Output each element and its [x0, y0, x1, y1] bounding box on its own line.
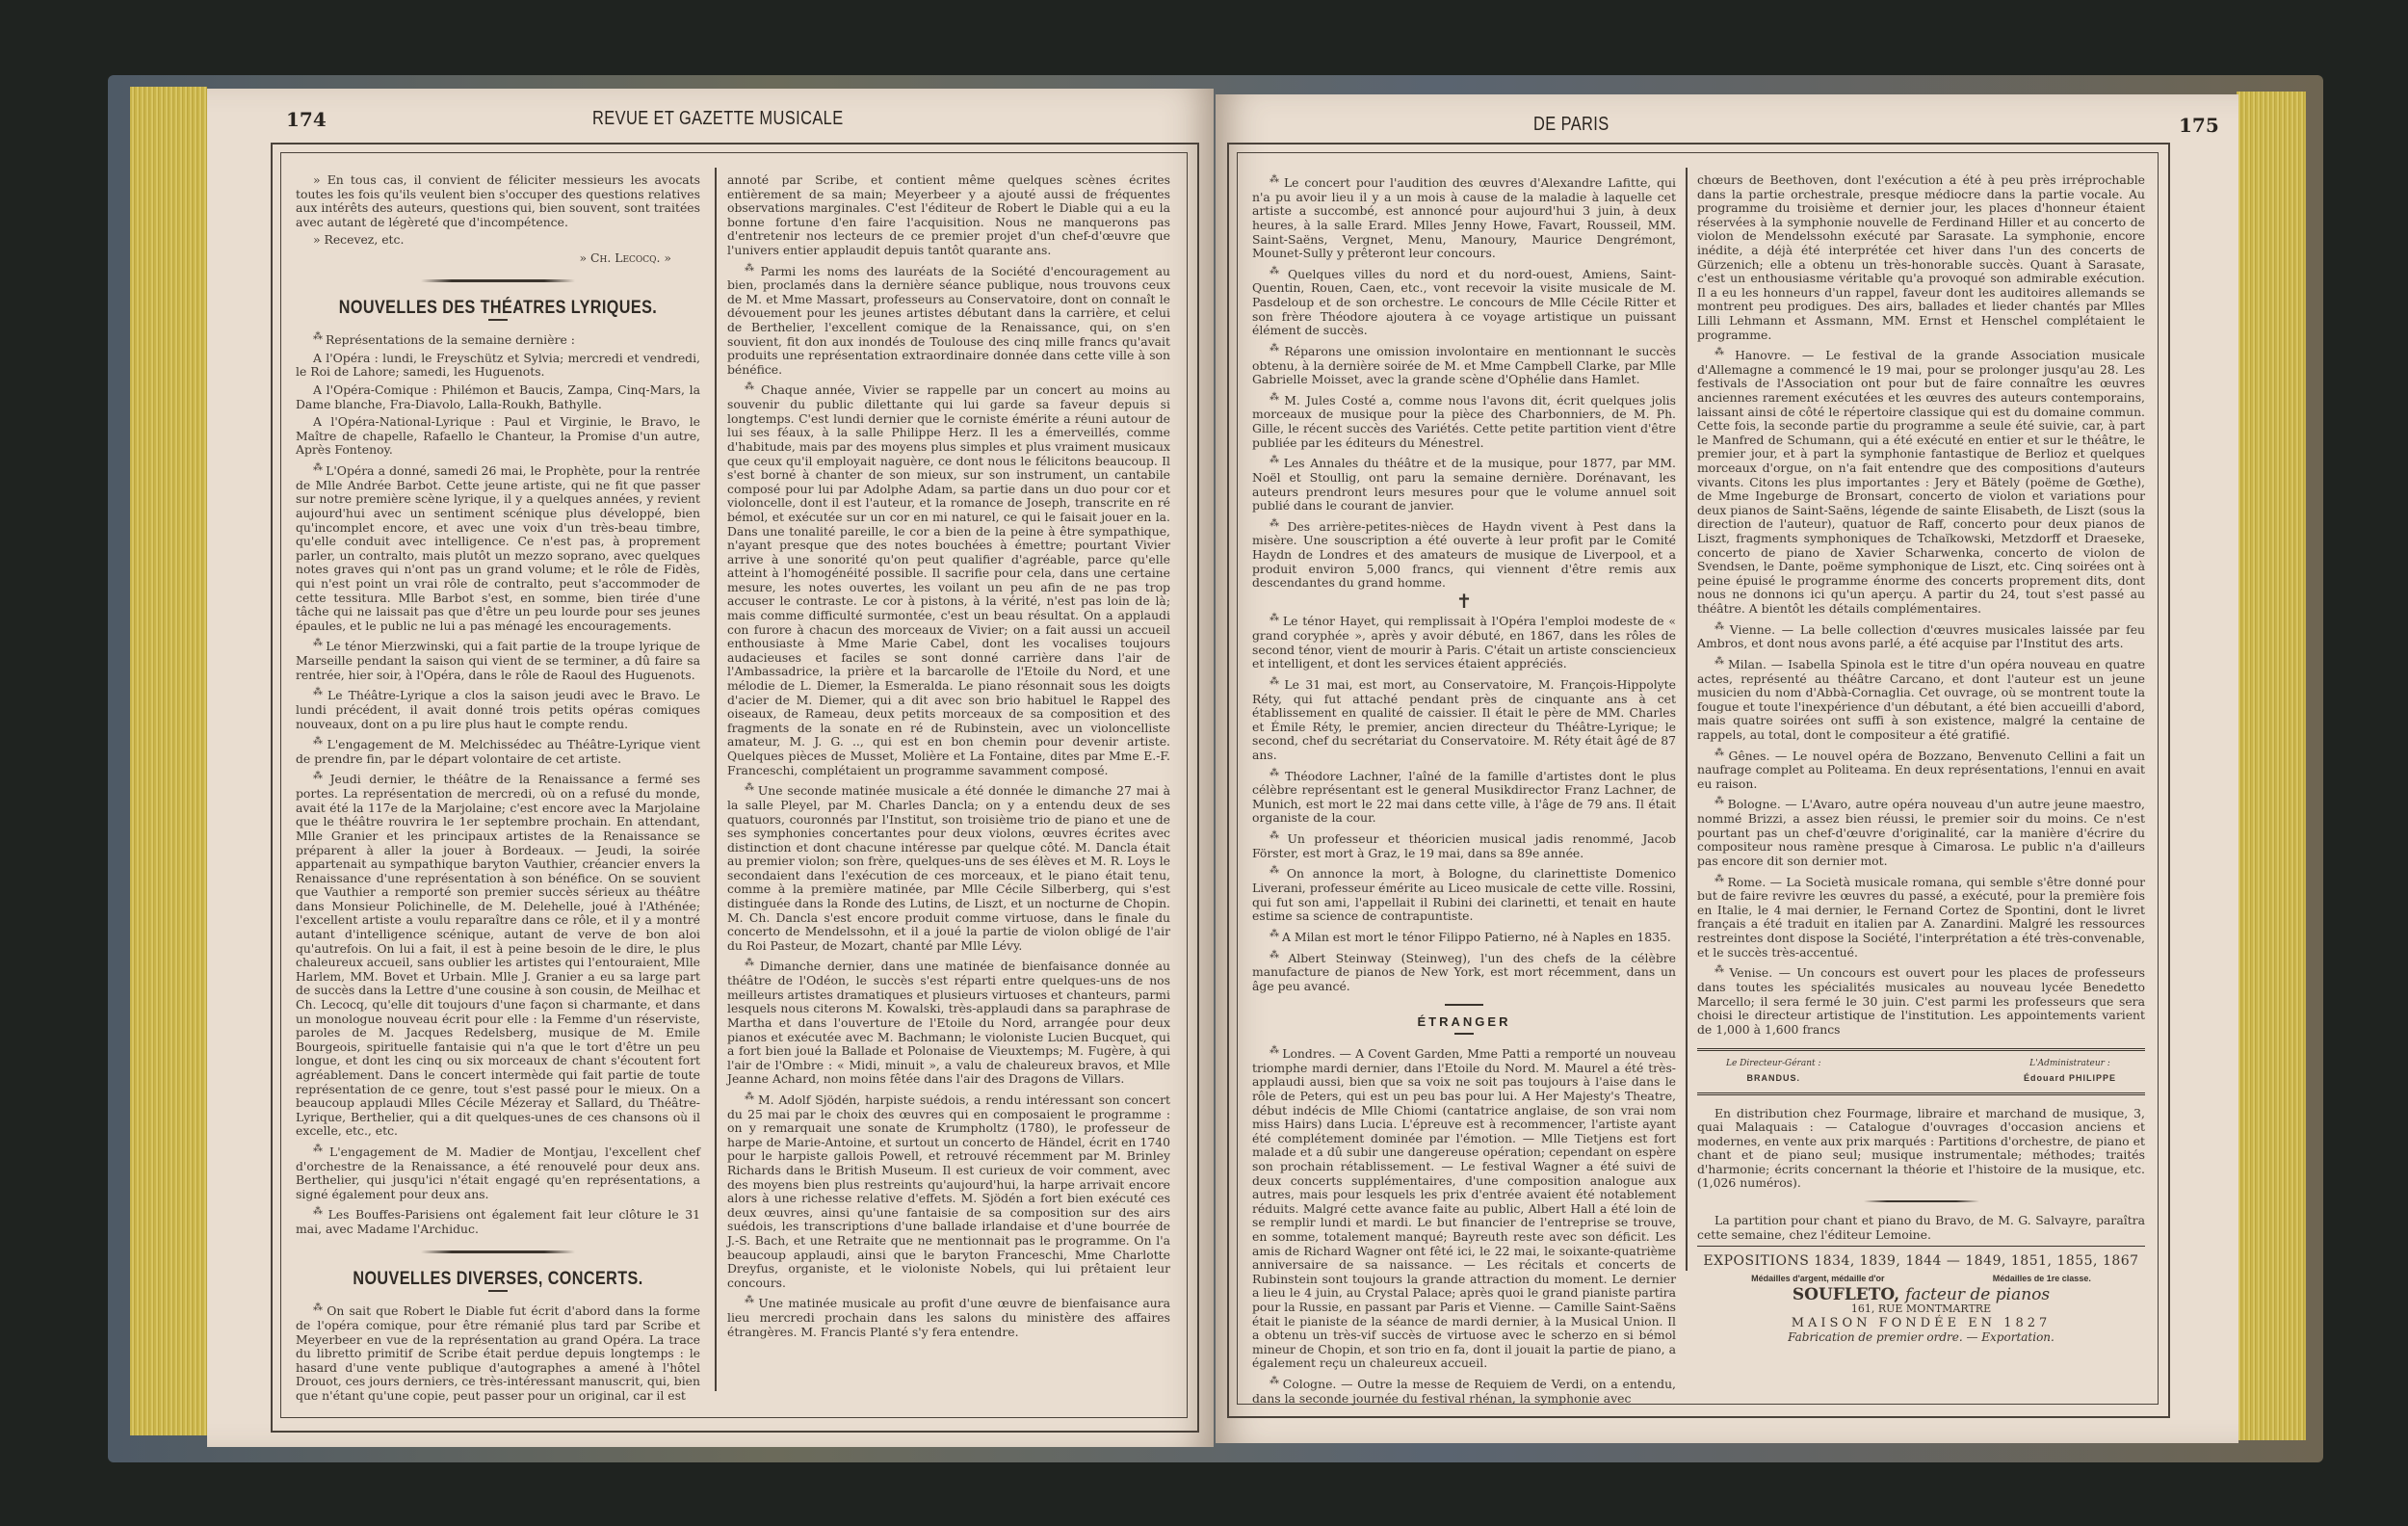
- news-item: ⁂On sait que Robert le Diable fut écrit …: [296, 1302, 700, 1403]
- asterism-icon: ⁂: [1269, 830, 1284, 841]
- news-item: ⁂Jeudi dernier, le théâtre de la Renaiss…: [296, 770, 700, 1139]
- page-number: 174: [286, 108, 327, 131]
- news-item: ⁂Le Théâtre-Lyrique a clos la saison jeu…: [296, 686, 700, 731]
- asterism-icon: ⁂: [313, 462, 323, 473]
- asterism-icon: ⁂: [1269, 266, 1285, 276]
- publisher-credits: Le Directeur-Gérant : BRANDUS. L'Adminis…: [1697, 1048, 2145, 1094]
- asterism-icon: ⁂: [1714, 874, 1724, 884]
- asterism-icon: ⁂: [1714, 748, 1726, 758]
- news-item: ⁂L'engagement de M. Madier de Montjau, l…: [296, 1143, 700, 1202]
- news-item: ⁂Gênes. — Le nouvel opéra de Bozzano, Be…: [1697, 747, 2145, 792]
- asterism-icon: ⁂: [313, 331, 323, 342]
- obituary-item: ⁂On annonce la mort, à Bologne, du clari…: [1252, 864, 1676, 924]
- news-item: chœurs de Beethoven, dont l'exécution a …: [1697, 173, 2145, 342]
- asterism-icon: ⁂: [1269, 865, 1284, 876]
- section-heading: NOUVELLES DES THÉATRES LYRIQUES.: [327, 302, 670, 316]
- news-item: ⁂Chaque année, Vivier se rappelle par un…: [727, 381, 1170, 777]
- news-item: ⁂L'engagement de M. Melchissédec au Théâ…: [296, 735, 700, 766]
- news-item: ⁂Rome. — La Società musicale romana, qui…: [1697, 873, 2145, 960]
- signature: » Ch. Lecocq. »: [296, 251, 671, 266]
- ad-maker: SOUFLETO, facteur de pianos: [1697, 1288, 2145, 1302]
- asterism-icon: ⁂: [1269, 455, 1281, 465]
- paragraph: » En tous cas, il convient de féliciter …: [296, 173, 700, 229]
- news-item: ⁂Vienne. — La belle collection d'œuvres …: [1697, 620, 2145, 651]
- asterism-icon: ⁂: [313, 638, 323, 648]
- running-head: REVUE ET GAZETTE MUSICALE: [592, 108, 844, 130]
- news-item: ⁂Le concert pour l'audition des œuvres d…: [1252, 173, 1676, 261]
- news-item: ⁂M. Adolf Sjödén, harpiste suédois, a re…: [727, 1091, 1170, 1290]
- paragraph: » Recevez, etc.: [296, 233, 700, 248]
- ad-founded: MAISON FONDÉE EN 1827: [1697, 1317, 2145, 1331]
- asterism-icon: ⁂: [1714, 621, 1727, 632]
- asterism-icon: ⁂: [745, 958, 757, 968]
- asterism-icon: ⁂: [745, 1295, 755, 1305]
- cross-icon: ✝: [1252, 594, 1676, 609]
- news-item: ⁂Représentations de la semaine dernière …: [296, 330, 700, 348]
- section-heading: ÉTRANGER: [1252, 1015, 1676, 1030]
- asterism-icon: ⁂: [313, 1144, 327, 1154]
- news-item: ⁂Dimanche dernier, dans une matinée de b…: [727, 957, 1170, 1086]
- news-item: ⁂Hanovre. — Le festival de la grande Ass…: [1697, 346, 2145, 616]
- asterism-icon: ⁂: [313, 687, 325, 697]
- asterism-icon: ⁂: [745, 263, 757, 274]
- asterism-icon: ⁂: [1269, 929, 1279, 939]
- news-item: ⁂Milan. — Isabella Spinola est le titre …: [1697, 655, 2145, 743]
- ornamental-rule: [1864, 1200, 1979, 1202]
- page-edges-left: [130, 87, 207, 1435]
- asterism-icon: ⁂: [1269, 174, 1281, 185]
- news-item: ⁂Parmi les noms des lauréats de la Socié…: [727, 262, 1170, 378]
- left-column-2: annoté par Scribe, et contient même quel…: [727, 173, 1170, 1343]
- column-divider: [1686, 168, 1688, 1271]
- news-item: ⁂M. Jules Costé a, comme nous l'avons di…: [1252, 391, 1676, 451]
- obituary-item: ⁂Le ténor Hayet, qui remplissait à l'Opé…: [1252, 612, 1676, 671]
- asterism-icon: ⁂: [1269, 1045, 1279, 1056]
- running-head: DE PARIS: [1533, 114, 1610, 136]
- news-item: ⁂Des arrière-petites-nièces de Haydn viv…: [1252, 517, 1676, 591]
- news-item: ⁂Une seconde matinée musicale a été donn…: [727, 781, 1170, 953]
- section-heading: NOUVELLES DIVERSES, CONCERTS.: [327, 1273, 670, 1287]
- news-item: ⁂Quelques villes du nord et du nord-oues…: [1252, 265, 1676, 338]
- asterism-icon: ⁂: [745, 782, 755, 793]
- news-item: ⁂Bologne. — L'Avaro, autre opéra nouveau…: [1697, 795, 2145, 868]
- advertisement: EXPOSITIONS 1834, 1839, 1844 — 1849, 185…: [1697, 1246, 2145, 1345]
- ad-tagline: Fabrication de premier ordre. — Exportat…: [1697, 1330, 2145, 1345]
- right-column-2: chœurs de Beethoven, dont l'exécution a …: [1697, 173, 2145, 1345]
- left-column-1: » En tous cas, il convient de féliciter …: [296, 173, 700, 1408]
- news-item: ⁂L'Opéra a donné, samedi 26 mai, le Prop…: [296, 461, 700, 633]
- dash-divider: [488, 1290, 508, 1292]
- news-item: A l'Opéra-Comique : Philémon et Baucis, …: [296, 383, 700, 411]
- news-item: ⁂Les Bouffes-Parisiens ont également fai…: [296, 1205, 700, 1236]
- asterism-icon: ⁂: [1269, 518, 1285, 529]
- asterism-icon: ⁂: [1714, 796, 1725, 806]
- asterism-icon: ⁂: [1714, 964, 1726, 975]
- asterism-icon: ⁂: [313, 771, 327, 781]
- asterism-icon: ⁂: [1269, 768, 1282, 778]
- notice: En distribution chez Fourmage, libraire …: [1697, 1107, 2145, 1192]
- administrator-credit: L'Administrateur : Édouard PHILIPPE: [2024, 1057, 2116, 1086]
- news-item: A l'Opéra-National-Lyrique : Paul et Vir…: [296, 415, 700, 458]
- director-credit: Le Directeur-Gérant : BRANDUS.: [1726, 1057, 1821, 1086]
- right-page: DE PARIS 175 ⁂Le concert pour l'audition…: [1216, 94, 2238, 1443]
- news-item: ⁂Cologne. — Outre la messe de Requiem de…: [1252, 1375, 1676, 1406]
- dash-divider: [488, 319, 508, 321]
- asterism-icon: ⁂: [1269, 392, 1281, 403]
- asterism-icon: ⁂: [1269, 950, 1285, 960]
- news-item: ⁂Le ténor Mierzwinski, qui a fait partie…: [296, 637, 700, 682]
- news-item: ⁂Les Annales du théâtre et de la musique…: [1252, 454, 1676, 513]
- asterism-icon: ⁂: [313, 1206, 326, 1217]
- news-item: A l'Opéra : lundi, le Freyschütz et Sylv…: [296, 352, 700, 380]
- ad-expositions: EXPOSITIONS 1834, 1839, 1844 — 1849, 185…: [1697, 1254, 2145, 1269]
- news-item: annoté par Scribe, et contient même quel…: [727, 173, 1170, 258]
- obituary-item: ⁂Le 31 mai, est mort, au Conservatoire, …: [1252, 675, 1676, 763]
- ad-address: 161, RUE MONTMARTRE: [1697, 1302, 2145, 1317]
- page-number: 175: [2179, 114, 2219, 137]
- dash-divider: [1454, 1033, 1474, 1035]
- asterism-icon: ⁂: [313, 736, 325, 747]
- column-divider: [715, 168, 717, 1391]
- obituary-item: ⁂Théodore Lachner, l'aîné de la famille …: [1252, 767, 1676, 827]
- ornamental-rule: [421, 1250, 575, 1253]
- notice: La partition pour chant et piano du Brav…: [1697, 1214, 2145, 1242]
- asterism-icon: ⁂: [1269, 676, 1281, 687]
- right-column-1: ⁂Le concert pour l'audition des œuvres d…: [1252, 173, 1676, 1409]
- ornamental-rule: [421, 279, 575, 282]
- news-item: ⁂Une matinée musicale au profit d'une œu…: [727, 1294, 1170, 1339]
- asterism-icon: ⁂: [745, 381, 758, 392]
- asterism-icon: ⁂: [1269, 343, 1281, 354]
- obituary-item: ⁂Albert Steinway (Steinweg), l'un des ch…: [1252, 949, 1676, 994]
- obituary-item: ⁂A Milan est mort le ténor Filippo Patie…: [1252, 928, 1676, 945]
- asterism-icon: ⁂: [1269, 613, 1280, 623]
- ad-medals: Médailles d'argent, médaille d'or Médail…: [1697, 1272, 2145, 1286]
- asterism-icon: ⁂: [1714, 656, 1725, 667]
- dash-divider: [1445, 1004, 1483, 1006]
- asterism-icon: ⁂: [313, 1302, 324, 1313]
- page-edges-right: [2237, 92, 2306, 1440]
- left-page: 174 REVUE ET GAZETTE MUSICALE » En tous …: [207, 89, 1214, 1447]
- asterism-icon: ⁂: [1714, 347, 1732, 357]
- news-item: ⁂Londres. — A Covent Garden, Mme Patti a…: [1252, 1044, 1676, 1371]
- obituary-item: ⁂Un professeur et théoricien musical jad…: [1252, 829, 1676, 860]
- news-item: ⁂Venise. — Un concours est ouvert pour l…: [1697, 963, 2145, 1037]
- asterism-icon: ⁂: [745, 1092, 755, 1102]
- news-item: ⁂Réparons une omission involontaire en m…: [1252, 342, 1676, 387]
- asterism-icon: ⁂: [1269, 1376, 1280, 1386]
